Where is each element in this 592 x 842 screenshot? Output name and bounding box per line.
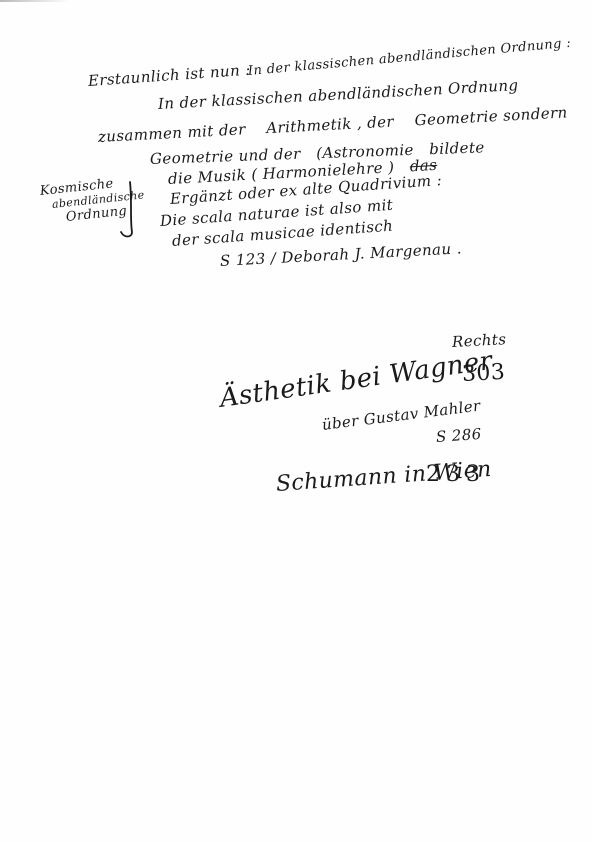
note-line-3-text: zusammen mit der: [98, 120, 247, 146]
note-line-2: In der klassischen abendländischen Ordnu…: [158, 76, 519, 113]
entry-3-page-text: 233: [426, 462, 486, 487]
entry-2-page: S 286: [435, 425, 482, 446]
note-line-2-text: In der klassischen abendländischen Ordnu…: [158, 76, 519, 113]
note-line-1-text: Erstaunlich ist nun :: [87, 61, 251, 90]
margin-bracket-icon: [118, 180, 138, 240]
note-line-4-end: bildete: [429, 138, 485, 158]
entry-3-page: 233: [426, 462, 486, 487]
note-line-3-mid: Arithmetik , der: [266, 113, 395, 138]
note-line-1-cont: In der klassischen abendländischen Ordnu…: [247, 36, 571, 79]
note-line-1-suffix: In der klassischen abendländischen Ordnu…: [247, 36, 571, 79]
entry-1-page: 303: [461, 360, 505, 387]
note-line-1: Erstaunlich ist nun :: [87, 61, 251, 90]
manuscript-page: Erstaunlich ist nun : In der klassischen…: [0, 0, 592, 842]
entry-2-page-text: S 286: [435, 425, 482, 446]
entry-1-page-text: 303: [461, 360, 505, 387]
note-line-3-end: Geometrie sondern: [414, 103, 568, 129]
paper-edge-shadow: [0, 0, 70, 2]
